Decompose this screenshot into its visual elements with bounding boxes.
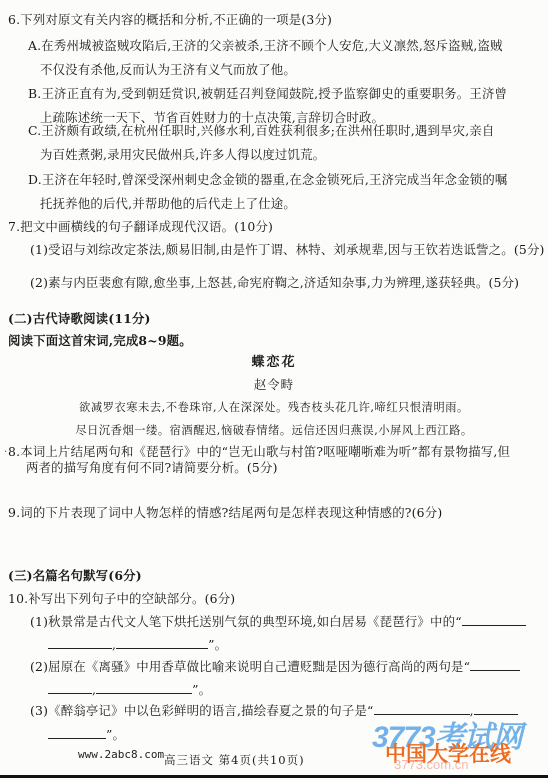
q10-stem: 10.补写出下列句子中的空缺部分。(6分) [8, 591, 235, 607]
answer-blank[interactable] [470, 658, 520, 671]
q6-option-c-line2: 为百姓煮粥,录用灾民做州兵,许多人得以度过饥荒。 [40, 147, 325, 163]
q10-sub2: (2)屈原在《离骚》中用香草做比喻来说明自己遭贬黜是因为德行高尚的两句是“ [30, 658, 520, 675]
q7-sub2: (2)素与内臣裴愈有隙,愈坐事,上怒甚,命宪府鞫之,济适知杂事,力为辨理,遂获轻… [30, 275, 519, 291]
exam-page: 6.下列对原文有关内容的概括和分析,不正确的一项是(3分) A.在秀州城被盗贼攻… [0, 0, 548, 780]
q9-stem: 9.词的下片表现了词中人物怎样的情感?结尾两句是怎样表现这种情感的?(6分) [8, 505, 442, 521]
q10-sub2-text: (2)屈原在《离骚》中用香草做比喻来说明自己遭贬黜是因为德行高尚的两句是“ [30, 659, 470, 674]
q10-sub3-cont: ”。 [48, 726, 125, 743]
q10-sub1-text: (1)秋景常是古代文人笔下烘托送别气氛的典型环境,如白居易《琵琶行》中的“ [30, 614, 462, 629]
close-quote: ”。 [192, 682, 211, 697]
q6-stem: 6.下列对原文有关内容的概括和分析,不正确的一项是(3分) [8, 12, 332, 28]
bottom-border [0, 775, 548, 778]
poem-line-1: 欲减罗衣寒未去,不卷珠帘,人在深深处。残杏枝头花几许,啼红只恨清明雨。 [0, 400, 548, 416]
poem-title: 蝶恋花 [0, 355, 548, 371]
answer-blank[interactable] [48, 636, 112, 649]
q10-sub1-cont: ,”。 [48, 636, 227, 653]
q6-option-d-line2: 托抚养他的后代,并帮助他的后代走上了仕途。 [40, 196, 296, 212]
poem-author: 赵令畤 [0, 377, 548, 393]
q10-sub3-text: (3)《醉翁亭记》中以色彩鲜明的语言,描绘春夏之景的句子是“ [30, 703, 374, 718]
answer-blank[interactable] [48, 681, 92, 694]
section2-instruction: 阅读下面这首宋词,完成8~9题。 [8, 333, 192, 349]
section2-heading: (二)古代诗歌阅读(11分) [8, 311, 151, 327]
answer-blank[interactable] [48, 726, 106, 739]
footer-page-label: 高三语文 第4页(共10页) [164, 752, 305, 768]
poem-line-2: 尽日沉香烟一缕。宿酒醒迟,恼破春情绪。远信还因归燕误,小屏风上西江路。 [0, 423, 548, 439]
answer-blank[interactable] [116, 636, 208, 649]
scan-speck: · [4, 447, 7, 458]
section3-heading: (三)名篇名句默写(6分) [8, 568, 142, 584]
q8-line1: 8.本词上片结尾两句和《琵琶行》中的“岂无山歌与村笛?呕哑嘲哳难为听”都有景物描… [8, 444, 510, 460]
q10-sub2-cont: ,”。 [48, 681, 211, 698]
q7-stem: 7.把文中画横线的句子翻译成现代汉语。(10分) [8, 219, 273, 235]
watermark-domain: 3773.com.cn [394, 757, 468, 772]
answer-blank[interactable] [96, 681, 192, 694]
close-quote: ”。 [106, 727, 125, 742]
answer-blank[interactable] [462, 613, 526, 626]
close-quote: ”。 [208, 637, 227, 652]
q7-sub1: (1)受诏与刘综改定茶法,颇易旧制,由是忤丁谓、林特、刘承规辈,因与王钦若迭诋訾… [30, 242, 545, 258]
q8-line2: 两者的描写角度有何不同?请简要分析。(5分) [26, 460, 278, 476]
q6-option-d-line1: D.王济在年轻时,曾深受深州刺史念金锁的器重,在念金锁死后,王济完成当年念金锁的… [28, 172, 508, 188]
q6-option-a-line1: A.在秀州城被盗贼攻陷后,王济的父亲被杀,王济不顾个人安危,大义凛然,怒斥盗贼,… [28, 38, 503, 54]
q10-sub1: (1)秋景常是古代文人笔下烘托送别气氛的典型环境,如白居易《琵琶行》中的“ [30, 613, 526, 630]
q6-option-a-line2: 不仅没有杀他,反而认为王济有义气而放了他。 [40, 62, 296, 78]
q6-option-b-line1: B.王济正直有为,受到朝廷赏识,被朝廷召判登闻鼓院,授予监察御史的重要职务。王济… [28, 86, 507, 102]
footer-url: www.2abc8.com [78, 748, 164, 761]
q6-option-c-line1: C.王济颇有政绩,在杭州任职时,兴修水利,百姓获利很多;在洪州任职时,遇到旱灾,… [28, 123, 495, 139]
